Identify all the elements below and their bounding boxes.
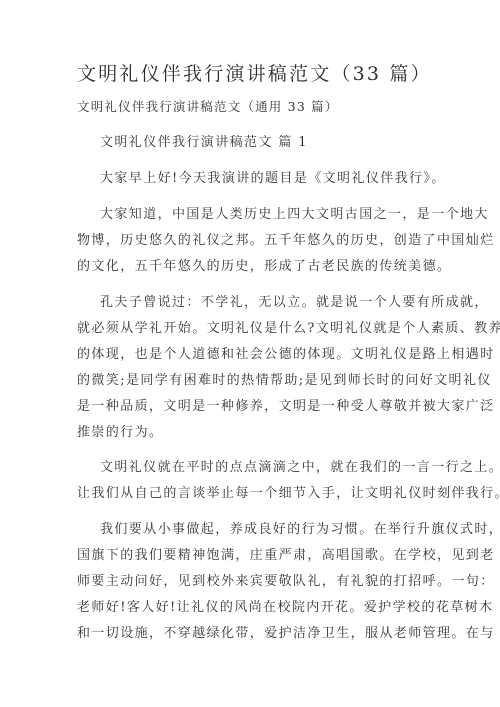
paragraph-line: 孔夫子曾说过：不学礼，无以立。就是说一个人要有所成就， [100, 295, 489, 311]
paragraph-line: 文明礼仪就在平时的点点滴滴之中，就在我们的一言一行之上。 [100, 460, 500, 476]
paragraph-line: 师要主动问好，见到校外来宾要敬队礼，有礼貌的打招呼。一句： [77, 574, 495, 590]
paragraph-line: 国旗下的我们要精神饱满，庄重严肃，高唱国歌。在学校，见到老 [77, 548, 495, 564]
paragraph-line: 大家早上好!今天我演讲的题目是《文明礼仪伴我行》。 [100, 171, 446, 187]
paragraph-line: 让我们从自己的言谈举止每一个细节入手，让文明礼仪时刻伴我行。 [77, 486, 500, 502]
paragraph-line: 的文化，五千年悠久的历史，形成了古老民族的传统美德。 [77, 259, 451, 275]
document-page: 文明礼仪伴我行演讲稿范文（33 篇） 文明礼仪伴我行演讲稿范文（通用 33 篇）… [0, 0, 500, 707]
paragraph-line: 大家知道，中国是人类历史上四大文明古国之一，是一个地大 [100, 207, 489, 223]
paragraph-line: 我们要从小事做起，养成良好的行为习惯。在举行升旗仪式时， [100, 522, 500, 538]
paragraph-line: 老师好!客人好!让礼仪的风尚在校院内开花。爱护学校的花草树木 [77, 600, 493, 616]
document-subtitle: 文明礼仪伴我行演讲稿范文（通用 33 篇） [77, 99, 339, 115]
paragraph-line: 的体现，也是个人道德和社会公德的体现。文明礼仪是路上相遇时 [77, 347, 495, 363]
paragraph-line: 物博，历史悠久的礼仪之邦。五千年悠久的历史，创造了中国灿烂 [77, 233, 495, 249]
paragraph-line: 就必须从学礼开始。文明礼仪是什么?文明礼仪就是个人素质、教养 [77, 321, 500, 337]
paragraph-line: 是一种品质，文明是一种修养，文明是一种受人尊敬并被大家广泛 [77, 399, 495, 415]
section-heading: 文明礼仪伴我行演讲稿范文 篇 1 [100, 135, 308, 151]
document-title: 文明礼仪伴我行演讲稿范文（33 篇） [77, 62, 432, 86]
paragraph-line: 的微笑;是同学有困难时的热情帮助;是见到师长时的问好文明礼仪 [77, 373, 492, 389]
paragraph-line: 推崇的行为。 [77, 425, 163, 441]
paragraph-line: 和一切设施，不穿越绿化带，爱护洁净卫生，服从老师管理。在与 [77, 626, 495, 642]
